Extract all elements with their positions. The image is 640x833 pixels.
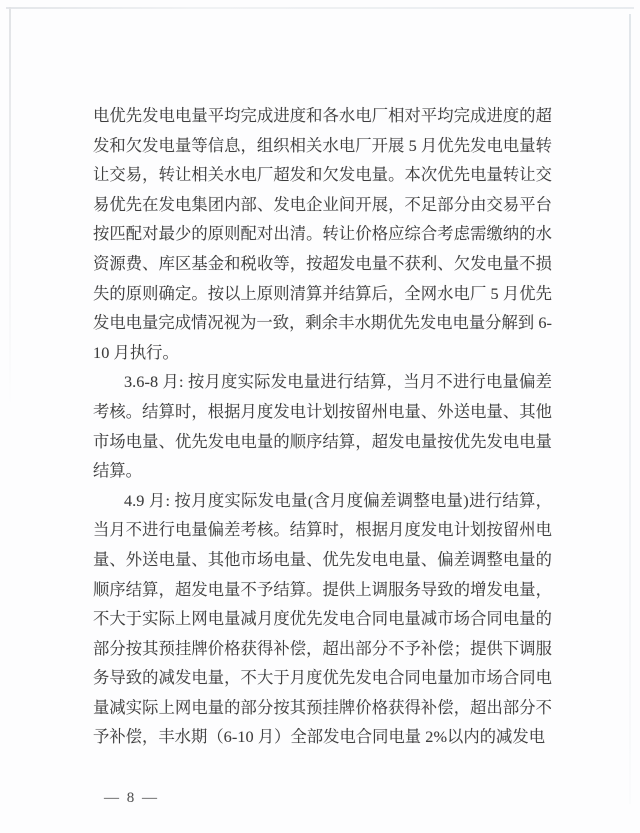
body-paragraph-item-4: 4.9 月: 按月度实际发电量(含月度偏差调整电量)进行结算，当月不进行电量偏差… <box>93 486 552 752</box>
document-body: 电优先发电电量平均完成进度和各水电厂相对平均完成进度的超发和欠发电量等信息，组织… <box>93 101 552 752</box>
page-number: — 8 — <box>104 790 159 807</box>
scan-edge-line-top <box>6 7 634 9</box>
scan-edge-line-right <box>629 14 631 804</box>
document-page: 电优先发电电量平均完成进度和各水电厂相对平均完成进度的超发和欠发电量等信息，组织… <box>0 0 640 833</box>
body-paragraph-item-3: 3.6-8 月: 按月度实际发电量进行结算，当月不进行电量偏差考核。结算时，根据… <box>93 367 552 485</box>
body-paragraph-continuation: 电优先发电电量平均完成进度和各水电厂相对平均完成进度的超发和欠发电量等信息，组织… <box>93 101 552 367</box>
scan-edge-line-left <box>9 7 11 407</box>
